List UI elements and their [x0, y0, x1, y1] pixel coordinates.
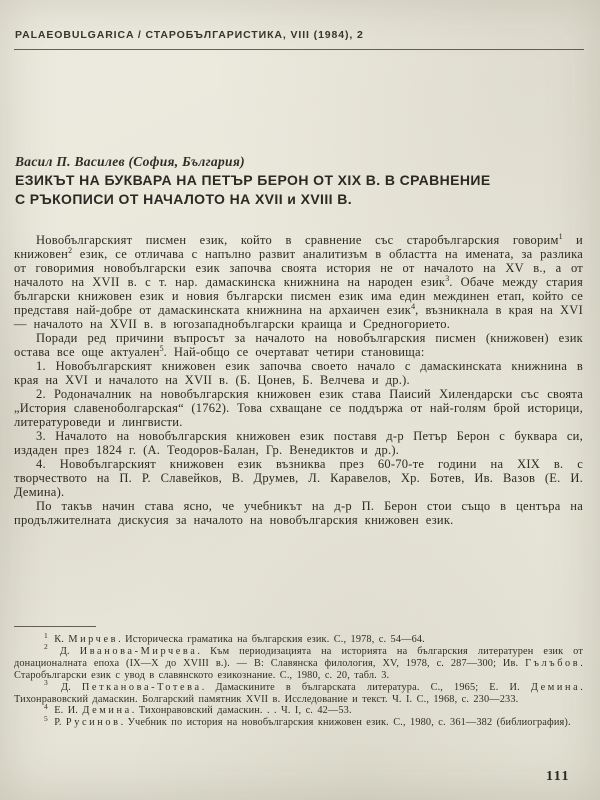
body-paragraph: 4. Новобългарският книжовен език възникв…	[14, 457, 583, 499]
footnote-reference: 2	[68, 246, 72, 255]
body-paragraph: По такъв начин става ясно, че учебникът …	[14, 499, 583, 527]
footnote-marker: 4	[44, 702, 48, 711]
body-paragraph: 1. Новобългарският книжовен език започва…	[14, 359, 583, 387]
footnote-author-name: Гълъбов	[525, 658, 580, 669]
footnote-reference: 4	[411, 302, 415, 311]
article-title-line-2: С РЪКОПИСИ ОТ НАЧАЛОТО НА XVII и XVIII В…	[15, 190, 586, 209]
footnote: 3 Д. Петканова-Тотева. Дамаскините в бъл…	[14, 682, 583, 706]
footnote-author-name: Петканова-Тотева	[82, 682, 202, 693]
body-paragraph: Поради ред причини въпросът за началото …	[14, 331, 583, 359]
footnote: 5 Р. Русинов. Учебник по история на ново…	[14, 717, 583, 729]
article-title-line-1: ЕЗИКЪТ НА БУКВАРА НА ПЕТЪР БЕРОН ОТ XIX …	[15, 171, 586, 190]
footnote-reference: 3	[445, 274, 449, 283]
footnote-author-name: Русинов	[66, 717, 121, 728]
footnote: 1 К. Мирчев. Историческа граматика на бъ…	[14, 634, 583, 646]
body-paragraph: 2. Родоначалник на новобългарския книжов…	[14, 387, 583, 429]
footnote-author-name: Демина	[82, 705, 131, 716]
footnote-author-name: Иванова-Мирчева	[80, 646, 198, 657]
footnote-reference: 5	[160, 344, 164, 353]
page-number: 111	[546, 769, 570, 785]
body-paragraph: 3. Началото на новобългарския книжовен е…	[14, 429, 583, 457]
footnotes: 1 К. Мирчев. Историческа граматика на бъ…	[14, 634, 583, 729]
footnote-marker: 1	[44, 631, 48, 640]
header-rule	[14, 49, 584, 50]
footnote-marker: 3	[44, 678, 48, 687]
article-body: Новобългарският писмен език, който в сра…	[14, 233, 583, 527]
running-head: PALAEOBULGARICA / СТАРОБЪЛГАРИСТИКА, VII…	[15, 29, 583, 41]
footnote-marker: 2	[44, 642, 48, 651]
footnote: 2 Д. Иванова-Мирчева. Към периодизацията…	[14, 646, 583, 682]
author-line: Васил П. Василев (София, България)	[15, 154, 583, 170]
footnote-author-name: Демина	[531, 682, 580, 693]
body-paragraph: Новобългарският писмен език, който в сра…	[14, 233, 583, 331]
footnote: 4 Е. И. Демина. Тихонравовский дамаскин.…	[14, 705, 583, 717]
footnote-author-name: Мирчев	[68, 634, 118, 645]
article-title: ЕЗИКЪТ НА БУКВАРА НА ПЕТЪР БЕРОН ОТ XIX …	[15, 171, 586, 209]
journal-page: PALAEOBULGARICA / СТАРОБЪЛГАРИСТИКА, VII…	[0, 0, 600, 800]
footnote-reference: 1	[559, 232, 563, 241]
footnote-marker: 5	[44, 714, 48, 723]
footnote-rule	[14, 626, 96, 627]
